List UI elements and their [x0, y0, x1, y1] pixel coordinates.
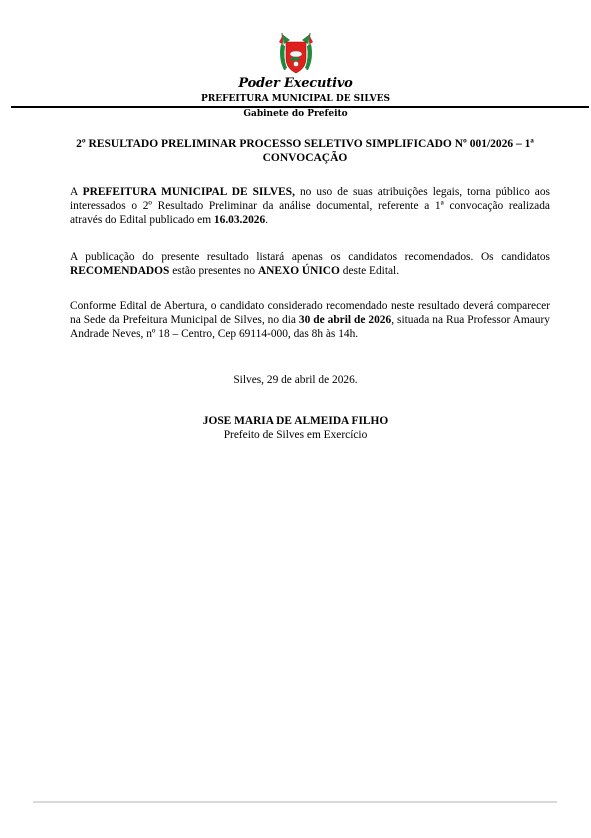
office-heading: Gabinete do Prefeito — [0, 109, 591, 119]
place-date: Silves, 29 de abril de 2026. — [0, 373, 591, 387]
footer-divider — [33, 801, 557, 803]
paragraph-recommended: A publicação do presente resultado lista… — [70, 250, 550, 278]
text: estão presentes no — [169, 265, 258, 277]
municipality-heading: PREFEITURA MUNICIPAL DE SILVES — [0, 94, 591, 104]
emphasis-appearance-date: 30 de abril de 2026 — [299, 314, 391, 326]
header-divider — [11, 106, 589, 108]
emphasis-annex: ANEXO ÚNICO — [258, 265, 340, 277]
document-title: 2º RESULTADO PRELIMINAR PROCESSO SELETIV… — [60, 137, 550, 165]
branch-heading: Poder Executivo — [0, 76, 591, 91]
emphasis-recommended: RECOMENDADOS — [70, 265, 169, 277]
text: deste Edital. — [340, 265, 399, 277]
paragraph-appearance: Conforme Edital de Abertura, o candidato… — [70, 299, 550, 341]
emphasis-edital-date: 16.03.2026 — [214, 214, 265, 226]
signatory-name: JOSE MARIA DE ALMEIDA FILHO — [0, 414, 591, 428]
text: A — [70, 186, 83, 198]
document-page: Poder Executivo PREFEITURA MUNICIPAL DE … — [0, 0, 591, 838]
text: . — [265, 214, 268, 226]
coat-of-arms-icon — [273, 30, 319, 76]
emphasis-municipality: PREFEITURA MUNICIPAL DE SILVES, — [83, 186, 295, 198]
signatory-role: Prefeito de Silves em Exercício — [0, 428, 591, 442]
paragraph-announcement: A PREFEITURA MUNICIPAL DE SILVES, no uso… — [70, 185, 550, 227]
text: A publicação do presente resultado lista… — [70, 251, 550, 263]
